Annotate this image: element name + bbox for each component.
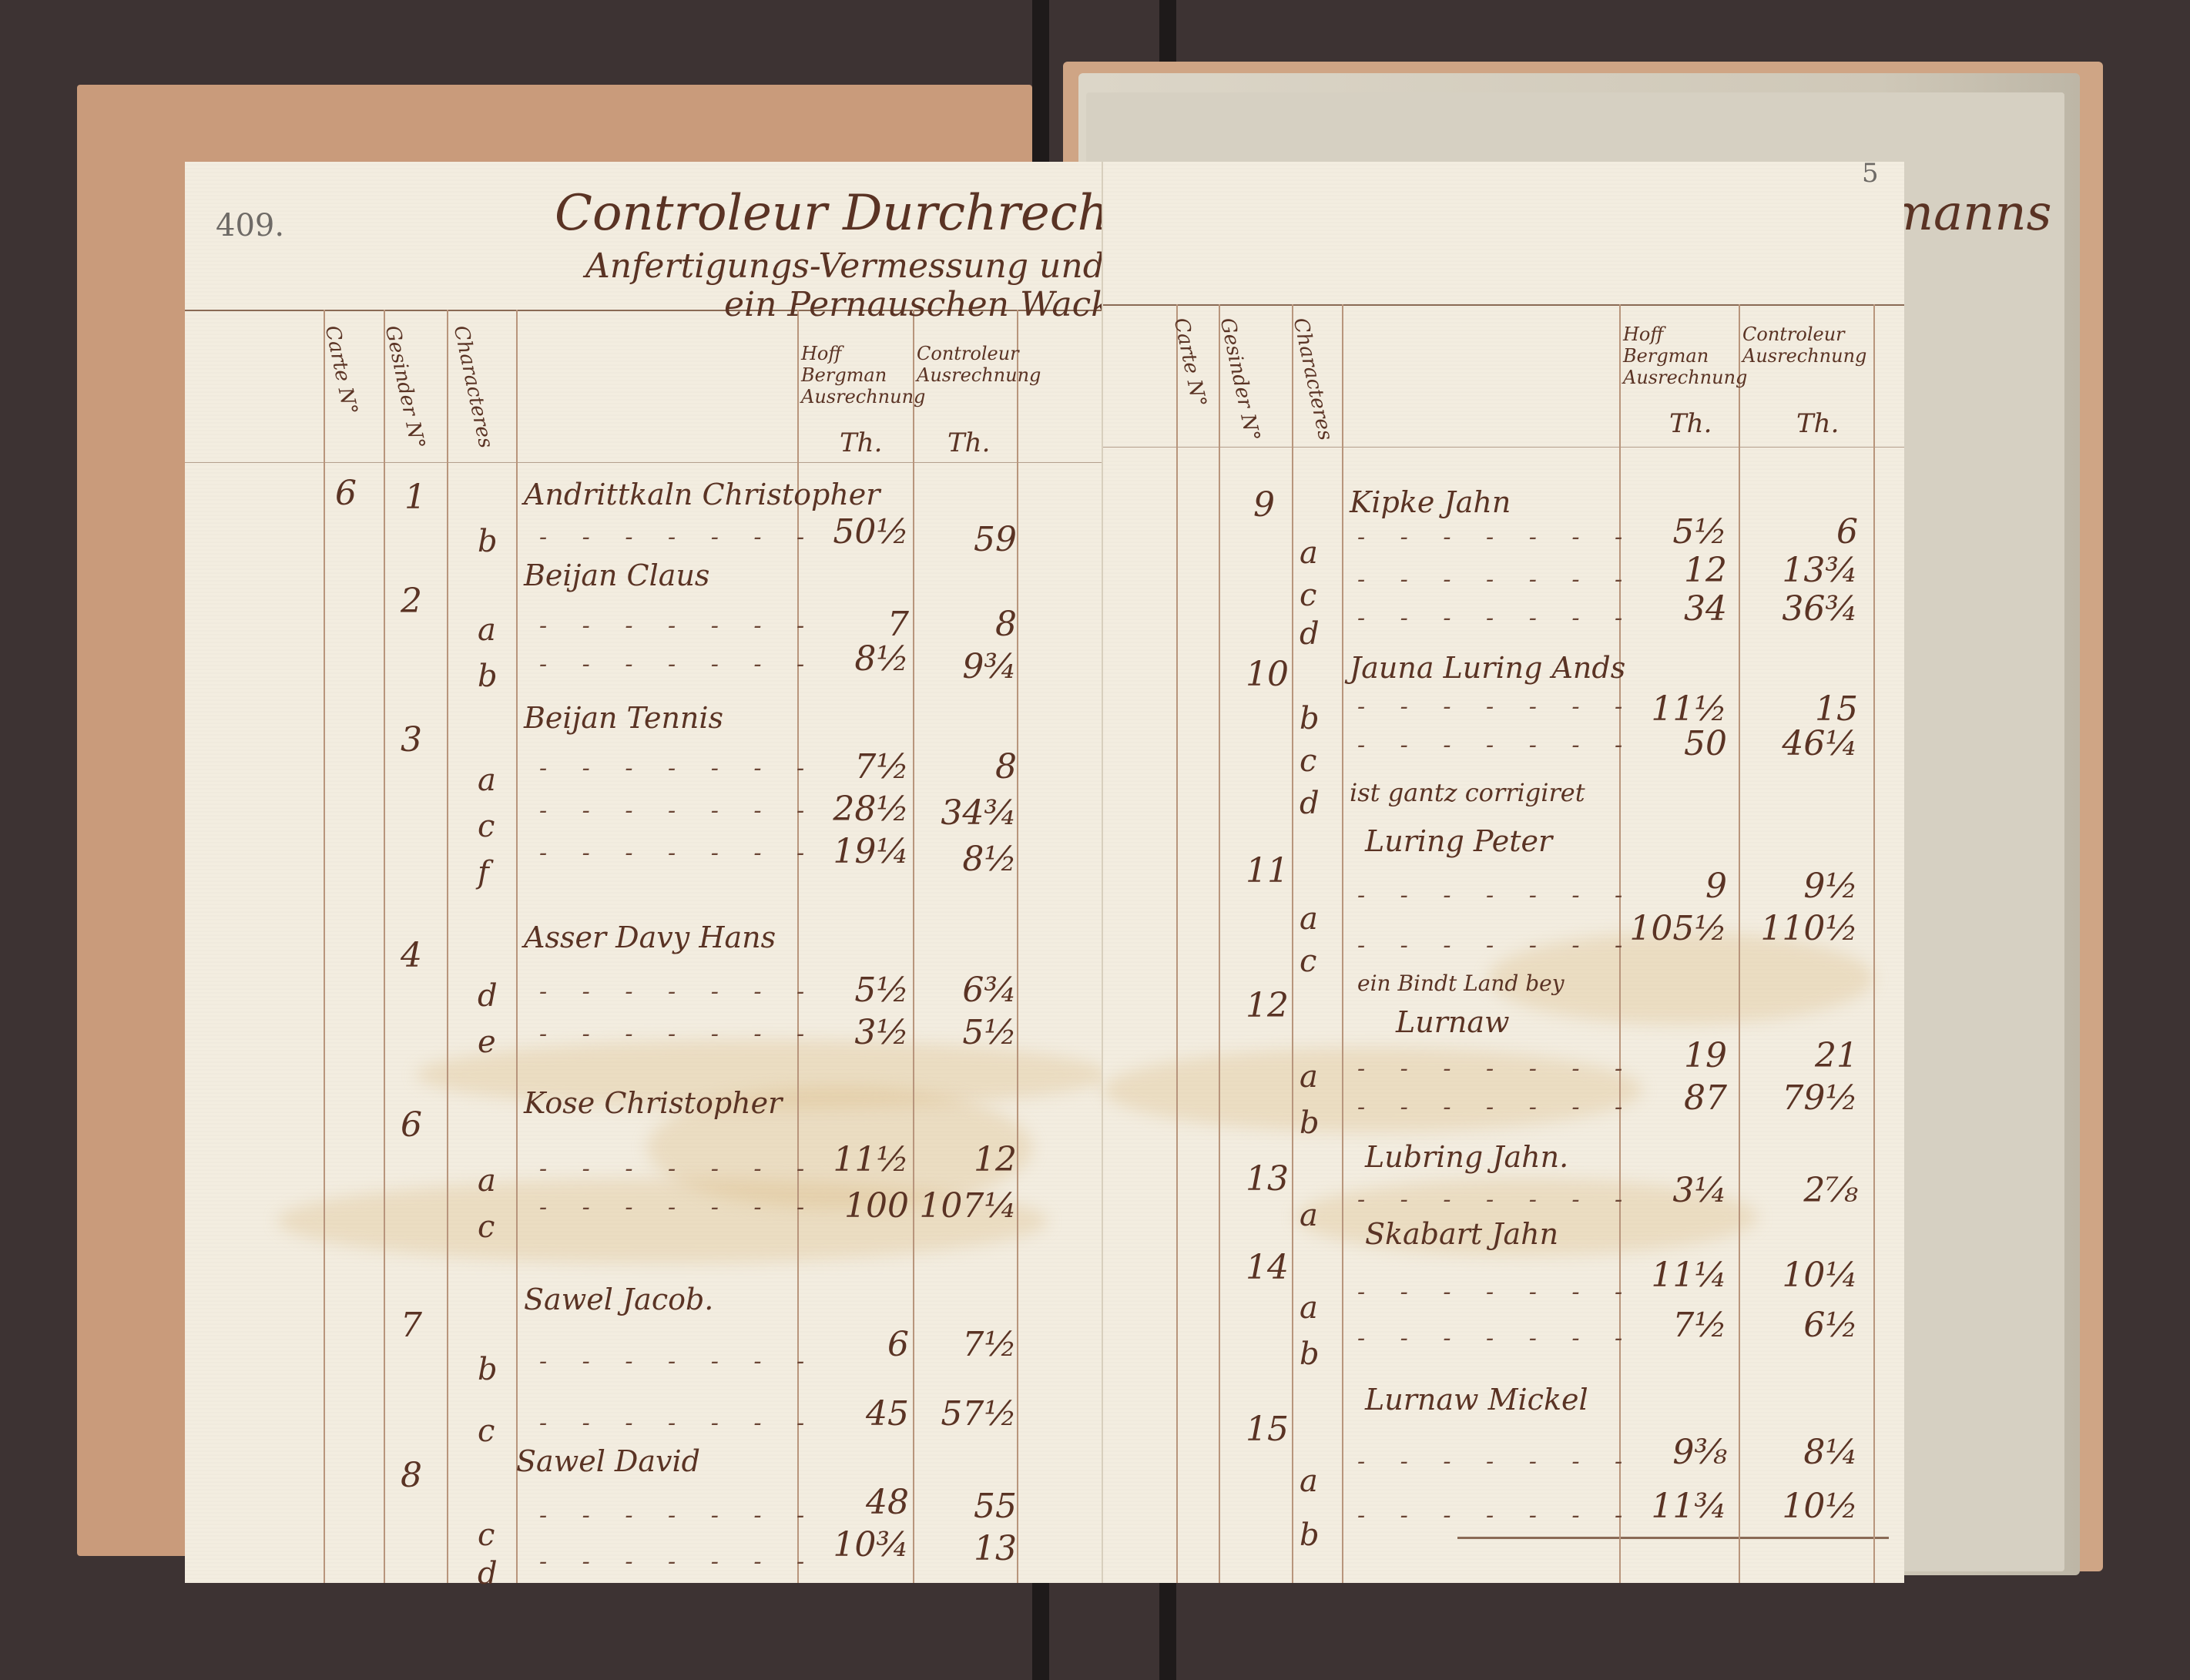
hoff-value: 9⅜ [1611,1433,1727,1472]
ctrl-value: 10½ [1742,1487,1858,1526]
col-header-carte: Carte N° [1169,316,1211,409]
col-rule [1176,304,1178,1583]
dash-leader: - - - - - - - [539,840,818,867]
char-letter: a [478,612,496,648]
hoff-value: 11¼ [1611,1256,1727,1295]
hoff-value: 45 [793,1394,909,1434]
ctrl-value: 8½ [901,840,1017,879]
ctrl-value: 57½ [901,1394,1017,1434]
hoff-value: 8½ [793,639,909,679]
entry-note: ist gantz corrigiret [1350,778,1585,807]
ctrl-value: 15 [1742,689,1858,729]
hoff-value: 50 [1611,724,1727,763]
char-letter: b [1300,1105,1320,1141]
col-header-hoff-bergman: Hoff Bergman Ausrechnung [801,343,913,407]
dash-leader: - - - - - - - [1357,1448,1636,1475]
char-letter: b [478,524,498,559]
dash-leader: - - - - - - - [1357,524,1636,551]
hoff-value: 11¾ [1611,1487,1727,1526]
entry-no: 15 [1246,1410,1289,1449]
hoff-value: 3½ [793,1013,909,1052]
entry-no: 2 [401,582,422,621]
dash-leader: - - - - - - - [539,612,818,639]
char-letter: a [478,763,496,798]
char-letter: b [478,1352,498,1387]
folio-number-pencil: 5 [1862,158,1879,189]
ctrl-value: 10¼ [1742,1256,1858,1295]
hoff-value: 5½ [1611,512,1727,552]
dash-leader: - - - - - - - [539,1502,818,1529]
folio-number-pencil: 409. [216,208,284,243]
dash-leader: - - - - - - - [1357,732,1636,759]
hoff-value: 3¼ [1611,1171,1727,1210]
char-letter: f [478,855,489,890]
hoff-value: 100 [793,1186,909,1226]
ctrl-value: 13 [901,1529,1017,1568]
ctrl-value: 79½ [1742,1078,1858,1118]
entry-no: 10 [1246,655,1289,694]
entry-name: Kose Christopher [524,1086,782,1120]
char-letter: c [1300,743,1316,779]
entry-name: Skabart Jahn [1365,1217,1558,1251]
ctrl-value: 46¼ [1742,724,1858,763]
hoff-value: 34 [1611,589,1727,629]
char-letter: a [1300,1290,1318,1326]
carte-number: 6 [335,474,357,513]
entry-no: 9 [1253,485,1275,525]
entry-name: Sawel David [516,1444,700,1478]
entry-name: Luring Peter [1365,824,1552,858]
char-letter: b [1300,1517,1320,1553]
entry-name: Lurnaw [1396,1005,1510,1039]
col-rule [516,310,518,1583]
ctrl-value: 2⅞ [1742,1171,1858,1210]
col-header-characters: Characteres [449,324,498,450]
entry-name: Lubring Jahn. [1365,1140,1568,1174]
char-letter: d [1300,616,1320,652]
hoff-value: 105½ [1611,909,1727,948]
hoff-value: 11½ [1611,689,1727,729]
dash-leader: - - - - - - - [539,797,818,824]
col-header-gesinder: Gesinder N° [1216,316,1264,444]
ctrl-value: 21 [1742,1036,1858,1075]
hoff-value: 9 [1611,867,1727,906]
hoff-value: 50½ [793,512,909,552]
dash-leader: - - - - - - - [1357,1055,1636,1082]
col-rule [324,310,325,1583]
ctrl-value: 6½ [1742,1306,1858,1345]
ctrl-value: 34¾ [901,793,1017,833]
right-page: 5 Carte N° Gesinder N° Characteres Hoff … [1102,162,1904,1583]
entry-no: 11 [1246,851,1289,890]
dash-leader: - - - - - - - [539,1155,818,1182]
hoff-value: 7½ [793,747,909,786]
hoff-value: 12 [1611,551,1727,590]
left-page: 409. Carte N° Gesinder N° Characteres Ho… [185,162,1105,1583]
col-rule [447,310,448,1583]
hoff-value: 87 [1611,1078,1727,1118]
closing-rule [1457,1537,1889,1539]
dash-leader: - - - - - - - [1357,1325,1636,1352]
entry-name: Beijan Claus [524,558,709,592]
dash-leader: - - - - - - - [1357,882,1636,909]
entry-name: Kipke Jahn [1350,485,1511,519]
ctrl-value: 6 [1742,512,1858,552]
char-letter: a [1300,535,1318,571]
char-letter: c [1300,578,1316,613]
hoff-value: 19 [1611,1036,1727,1075]
entry-no: 12 [1246,986,1289,1025]
char-letter: c [478,1209,495,1245]
char-letter: e [478,1024,496,1060]
unit-label: Th. [947,428,990,458]
entry-no: 4 [401,936,422,975]
dash-leader: - - - - - - - [539,1021,818,1048]
dash-leader: - - - - - - - [1357,1279,1636,1306]
document-subtitle-2: ein Pernauschen Wacken. [724,285,1164,324]
dash-leader: - - - - - - - [1357,566,1636,593]
char-letter: b [1300,701,1320,736]
col-rule [1342,304,1343,1583]
dash-leader: - - - - - - - [539,524,818,551]
char-letter: a [1300,1059,1318,1095]
hoff-value: 19¼ [793,832,909,871]
dash-leader: - - - - - - - [539,1348,818,1375]
entry-no: 1 [404,478,426,517]
dash-leader: - - - - - - - [1357,1094,1636,1121]
col-header-hoff-bergman: Hoff Bergman Ausrechnung [1623,324,1735,388]
hoff-value: 28½ [793,790,909,829]
col-header-controleur: Controleur Ausrechnung [917,343,1017,386]
ctrl-value: 8 [901,747,1017,786]
entry-no: 8 [401,1456,422,1495]
dash-leader: - - - - - - - [539,1194,818,1221]
char-letter: c [478,1413,495,1449]
col-rule [1873,304,1875,1583]
ctrl-value: 110½ [1742,909,1858,948]
dash-leader: - - - - - - - [539,978,818,1005]
entry-no: 14 [1246,1248,1289,1287]
entry-no: 3 [401,720,422,760]
dash-leader: - - - - - - - [1357,605,1636,632]
ctrl-value: 107¼ [901,1186,1017,1226]
col-rule [1219,304,1220,1583]
entry-no: 6 [401,1105,422,1145]
hoff-value: 10¾ [793,1525,909,1564]
header-rule [1103,304,1904,306]
entry-name: Lurnaw Mickel [1365,1383,1588,1417]
dash-leader: - - - - - - - [539,755,818,782]
col-header-characters: Characteres [1289,316,1337,442]
ctrl-value: 55 [901,1487,1017,1526]
col-header-gesinder: Gesinder N° [381,324,429,451]
ctrl-value: 36¾ [1742,589,1858,629]
hoff-value: 7½ [1611,1306,1727,1345]
hoff-value: 48 [793,1483,909,1522]
entry-name: Beijan Tennis [524,701,723,735]
dash-leader: - - - - - - - [1357,693,1636,720]
unit-label: Th. [840,428,882,458]
dash-leader: - - - - - - - [539,651,818,678]
col-header-controleur: Controleur Ausrechnung [1742,324,1866,367]
unit-label: Th. [1796,408,1839,439]
char-letter: d [1300,786,1320,821]
ctrl-value: 59 [901,520,1017,559]
ctrl-value: 9¾ [901,647,1017,686]
ctrl-value: 8 [901,605,1017,644]
char-letter: d [478,1556,498,1591]
col-header-carte: Carte N° [320,324,362,417]
ctrl-value: 12 [901,1140,1017,1179]
entry-no: 7 [401,1306,422,1345]
char-letter: c [1300,944,1316,979]
dash-leader: - - - - - - - [539,1548,818,1575]
entry-name: Andrittkaln Christopher [524,478,880,511]
ctrl-value: 13¾ [1742,551,1858,590]
ctrl-value: 9½ [1742,867,1858,906]
dash-leader: - - - - - - - [1357,1186,1636,1213]
col-rule [1739,304,1740,1583]
entry-name: Sawel Jacob. [524,1283,713,1316]
entry-note: ein Bindt Land bey [1357,971,1565,996]
entry-name: Asser Davy Hans [524,920,776,954]
hoff-value: 6 [793,1325,909,1364]
dash-leader: - - - - - - - [539,1410,818,1437]
char-letter: c [478,1517,495,1553]
ctrl-value: 8¼ [1742,1433,1858,1472]
char-letter: d [478,978,498,1014]
char-letter: a [1300,1464,1318,1499]
col-rule [913,310,914,1583]
dash-leader: - - - - - - - [1357,1502,1636,1529]
unit-label: Th. [1669,408,1712,439]
header-bottom-rule [1103,447,1904,448]
ctrl-value: 6¾ [901,971,1017,1010]
entry-name: Jauna Luring Ands [1350,651,1625,685]
hoff-value: 7 [793,605,909,644]
ctrl-value: 7½ [901,1325,1017,1364]
char-letter: c [478,809,495,844]
char-letter: a [1300,901,1318,937]
hoff-value: 5½ [793,971,909,1010]
hoff-value: 11½ [793,1140,909,1179]
col-rule [384,310,385,1583]
ctrl-value: 5½ [901,1013,1017,1052]
col-rule [1017,310,1018,1583]
char-letter: b [1300,1336,1320,1372]
char-letter: a [478,1163,496,1199]
char-letter: a [1300,1198,1318,1233]
char-letter: b [478,659,498,694]
col-rule [1292,304,1293,1583]
entry-no: 13 [1246,1159,1289,1199]
dash-leader: - - - - - - - [1357,932,1636,959]
